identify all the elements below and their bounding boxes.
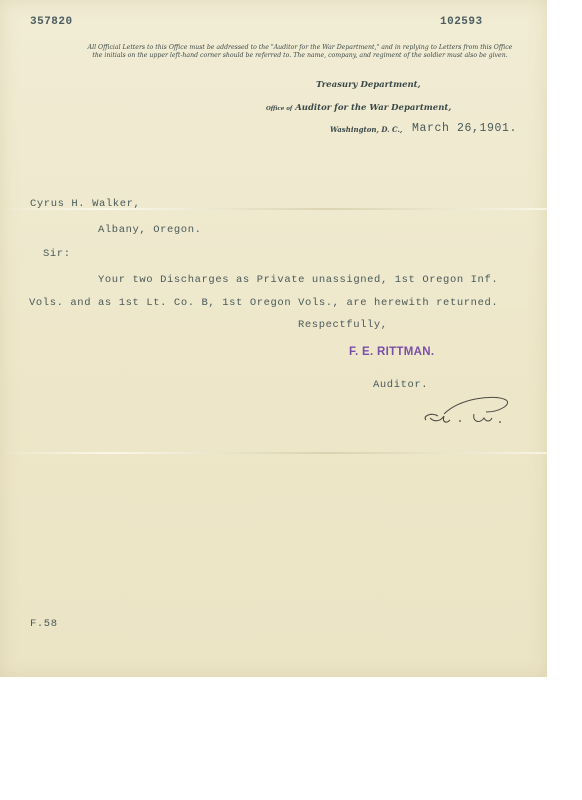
official-notice: All Official Letters to this Office must… bbox=[70, 44, 530, 60]
file-number-left: 357820 bbox=[30, 16, 73, 28]
letterhead-office-name: Auditor for the War Department, bbox=[295, 103, 451, 113]
salutation: Sir: bbox=[43, 248, 71, 260]
notice-line-2: the initials on the upper left-hand corn… bbox=[70, 52, 530, 60]
file-number-right: 102593 bbox=[440, 16, 483, 28]
body-line-2: Vols. and as 1st Lt. Co. B, 1st Oregon V… bbox=[29, 297, 498, 309]
form-number: F.58 bbox=[30, 618, 58, 630]
signer-stamp: F. E. RITTMAN. bbox=[349, 346, 434, 358]
letter-page: 357820 102593 All Official Letters to th… bbox=[0, 0, 547, 677]
letter-date: March 26,1901. bbox=[412, 122, 517, 135]
fold-line bbox=[0, 452, 547, 454]
letterhead-place: Washington, D. C., bbox=[330, 125, 402, 134]
initials-signature bbox=[420, 392, 515, 432]
letterhead-office: Office of Auditor for the War Department… bbox=[266, 103, 451, 113]
letterhead-office-prefix: Office of bbox=[266, 106, 292, 112]
body-line-1: Your two Discharges as Private unassigne… bbox=[98, 274, 498, 286]
recipient-location: Albany, Oregon. bbox=[98, 224, 202, 236]
signer-title: Auditor. bbox=[373, 379, 428, 391]
recipient-name: Cyrus H. Walker, bbox=[30, 198, 140, 210]
closing: Respectfully, bbox=[298, 319, 388, 331]
letterhead-department: Treasury Department, bbox=[316, 80, 421, 90]
notice-line-1: All Official Letters to this Office must… bbox=[70, 44, 530, 52]
